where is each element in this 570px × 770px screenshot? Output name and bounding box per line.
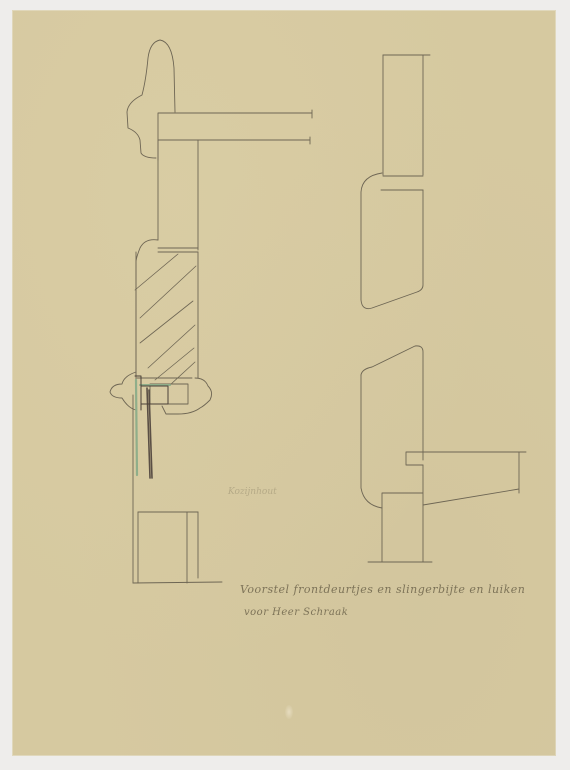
technical-drawing — [0, 0, 570, 770]
sill-bead-left — [110, 372, 136, 410]
top-beam — [158, 110, 312, 160]
caption-title-line1: Voorstel frontdeurtjes en slingerbijte e… — [240, 583, 525, 596]
caption-title-line2: voor Heer Schraak — [244, 607, 348, 618]
head-stile — [383, 55, 423, 175]
sill-box — [137, 378, 192, 404]
head-rail — [381, 176, 423, 190]
sill-rail — [406, 452, 526, 465]
sash-hatching — [135, 254, 196, 385]
dark-hatched-strip — [147, 388, 152, 478]
sill-bead-right — [162, 378, 212, 414]
ground-line — [133, 582, 222, 583]
faint-annotation: Kozijnhout — [228, 487, 277, 497]
right-section-drawing — [361, 55, 526, 562]
dark-box-outline — [135, 376, 168, 410]
upper-sash — [361, 173, 423, 309]
jamb-right — [187, 512, 198, 583]
lower-sash-left — [361, 375, 382, 508]
green-line-vertical — [136, 380, 137, 475]
paper-smudge — [285, 705, 293, 719]
sill-slope — [423, 452, 519, 505]
lower-sash — [361, 346, 423, 460]
sash-body — [136, 252, 198, 378]
sash-head-line — [158, 248, 198, 252]
bottom-rail — [382, 465, 423, 562]
sash-head-bead — [136, 240, 158, 380]
left-section-drawing — [110, 40, 312, 583]
colored-pencil-marks — [135, 376, 170, 478]
